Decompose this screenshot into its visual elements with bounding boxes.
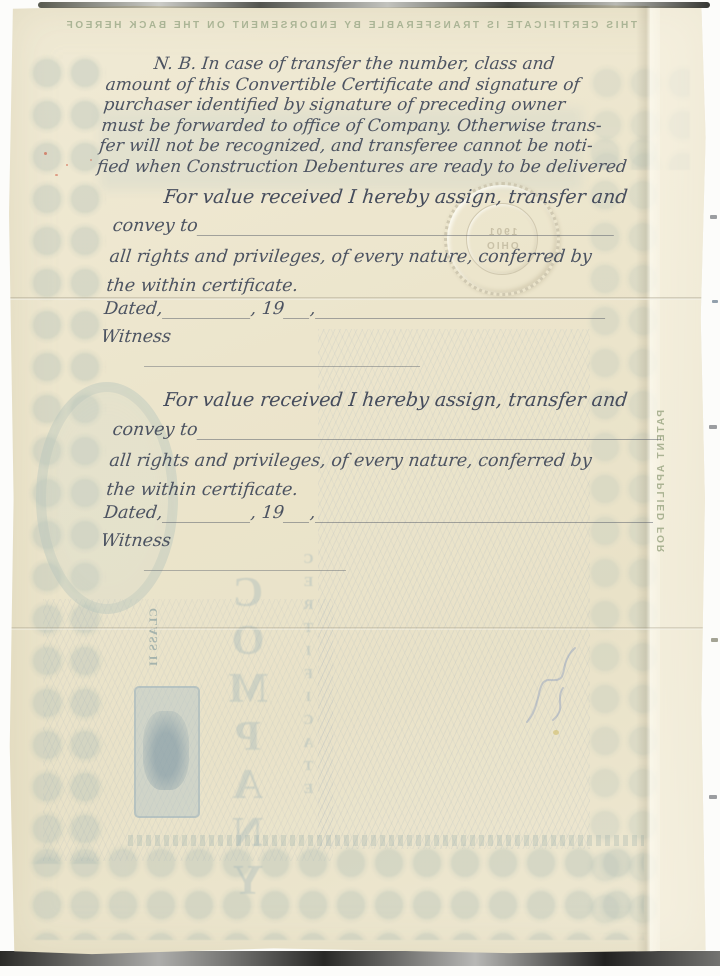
scan-edge-artifact <box>711 638 718 642</box>
dated-row: Dated, , 19 , <box>103 299 607 319</box>
red-ink-speck <box>90 159 92 161</box>
notice-line: amount of this Convertible Certificate a… <box>105 75 612 96</box>
year-prefix: , 19 <box>250 299 286 319</box>
front-train-vignette-showthrough <box>134 686 200 818</box>
transfer-notice-paragraph: N. B. In case of transfer the number, cl… <box>96 54 614 177</box>
transfer-endorsement-block-1: For value received I hereby assign, tran… <box>96 186 619 386</box>
rights-line: all rights and privileges, of every natu… <box>109 247 593 267</box>
year-blank <box>283 301 311 319</box>
convey-to-label: convey to <box>112 216 199 236</box>
pencil-scribble <box>513 642 598 737</box>
notice-line: must be forwarded to office of Company. … <box>100 116 607 137</box>
notice-line: purchaser identified by signature of pre… <box>102 95 609 116</box>
scanned-certificate-back: THIS CERTIFICATE IS TRANSFERABLE BY ENDO… <box>0 0 720 976</box>
convey-to-label: convey to <box>112 420 199 440</box>
red-ink-speck <box>44 152 47 155</box>
convey-to-row: convey to <box>112 420 664 440</box>
horizontal-fold-crease <box>8 627 707 630</box>
witness-signature-blank <box>144 366 420 367</box>
class-label-showthrough: CLASS II <box>146 608 161 678</box>
dated-label: Dated, <box>103 299 164 319</box>
red-ink-speck <box>55 174 58 176</box>
within-certificate-line: the within certificate. <box>105 480 299 500</box>
certificate-paper: THIS CERTIFICATE IS TRANSFERABLE BY ENDO… <box>8 4 707 956</box>
scan-top-edge-shadow <box>38 2 710 8</box>
notice-line: N. B. In case of transfer the number, cl… <box>107 54 614 75</box>
witness-label: Witness <box>100 327 172 347</box>
signature-blank <box>315 301 607 319</box>
dated-row: Dated, , 19 , <box>103 503 655 523</box>
signature-blank <box>315 505 655 523</box>
scan-edge-artifact <box>709 425 717 429</box>
for-value-received-line: For value received I hereby assign, tran… <box>163 389 629 411</box>
scan-edge-artifact <box>709 795 717 799</box>
witness-signature-blank <box>144 570 346 571</box>
notice-line: fer will not be recognized, and transfer… <box>98 136 605 157</box>
front-border-showthrough-left <box>28 52 106 864</box>
assignee-name-blank <box>197 218 616 236</box>
certificate-word-showthrough: CERTIFICATE <box>301 552 317 842</box>
front-border-showthrough-bottom <box>28 842 644 940</box>
notice-line: fied when Construction Debentures are re… <box>96 157 603 178</box>
assignee-name-blank <box>197 422 664 440</box>
within-certificate-line: the within certificate. <box>105 276 299 296</box>
date-blank <box>162 301 252 319</box>
train-vignette-blob <box>143 711 189 790</box>
year-prefix: , 19 <box>250 503 286 523</box>
dated-label: Dated, <box>103 503 164 523</box>
scan-edge-artifact <box>710 215 717 219</box>
front-transfer-notice-showthrough: THIS CERTIFICATE IS TRANSFERABLE BY ENDO… <box>8 20 693 31</box>
transfer-endorsement-block-2: For value received I hereby assign, tran… <box>96 389 667 589</box>
red-ink-speck <box>66 164 68 166</box>
company-word-showthrough: COMPANY <box>224 570 272 890</box>
witness-label: Witness <box>100 531 172 551</box>
front-border-dotband-showthrough <box>128 835 644 846</box>
rights-line: all rights and privileges, of every natu… <box>108 451 592 471</box>
front-text-showthrough-hatch <box>43 599 333 861</box>
date-blank <box>162 505 252 523</box>
year-blank <box>283 505 311 523</box>
for-value-received-line: For value received I hereby assign, tran… <box>163 186 629 208</box>
convey-to-row: convey to <box>112 216 616 236</box>
scan-edge-artifact <box>712 300 718 303</box>
